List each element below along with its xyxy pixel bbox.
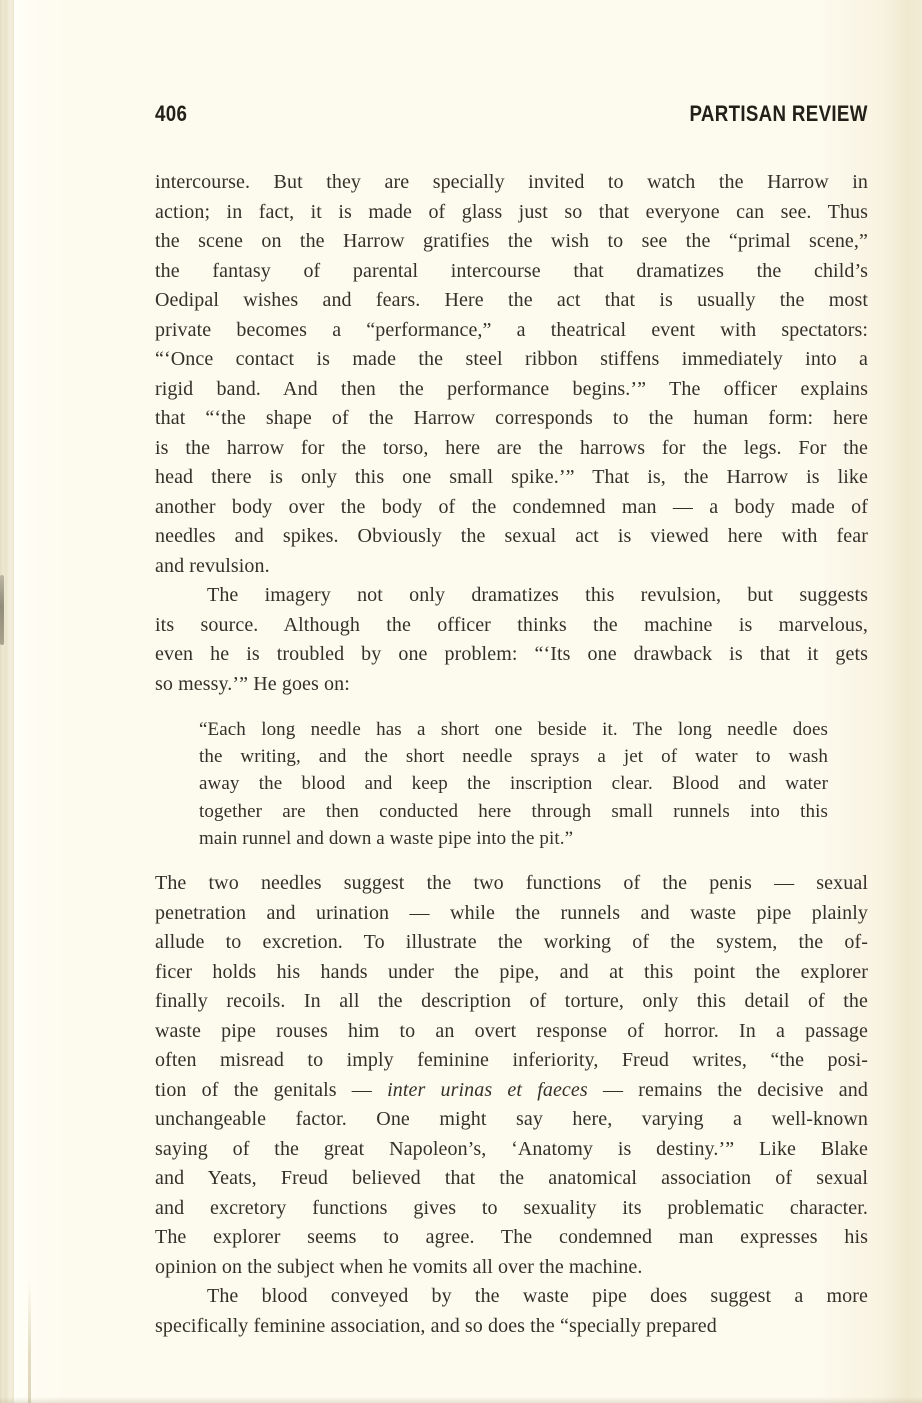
- text-line: main runnel and down a waste pipe into t…: [199, 825, 828, 852]
- text-line: saying of the great Napoleon’s, ‘Anatomy…: [155, 1135, 868, 1165]
- text-line: intercourse. But they are specially invi…: [155, 168, 868, 198]
- text-line: and excretory functions gives to sexuali…: [155, 1194, 868, 1224]
- text-line: The imagery not only dramatizes this rev…: [155, 581, 868, 611]
- text-line: The explorer seems to agree. The condemn…: [155, 1223, 868, 1253]
- text-line: away the blood and keep the inscription …: [199, 770, 828, 797]
- page-header: 406 PARTISAN REVIEW: [155, 103, 868, 125]
- page-content: 406 PARTISAN REVIEW intercourse. But the…: [0, 0, 922, 1341]
- text-line: finally recoils. In all the description …: [155, 987, 868, 1017]
- paragraph: intercourse. But they are specially invi…: [155, 168, 868, 581]
- text-line: “Each long needle has a short one beside…: [199, 716, 828, 743]
- text-line: is the harrow for the torso, here are th…: [155, 434, 868, 464]
- text-line: the writing, and the short needle sprays…: [199, 743, 828, 770]
- paragraph: The blood conveyed by the waste pipe doe…: [155, 1282, 868, 1341]
- text-line: needles and spikes. Obviously the sexual…: [155, 522, 868, 552]
- text-line: often misread to imply feminine inferior…: [155, 1046, 868, 1076]
- text-line: specifically feminine association, and s…: [155, 1312, 868, 1342]
- text-line: private becomes a “performance,” a theat…: [155, 316, 868, 346]
- block-quote: “Each long needle has a short one beside…: [155, 716, 868, 852]
- page-number: 406: [155, 103, 187, 125]
- text-line: waste pipe rouses him to an overt respon…: [155, 1017, 868, 1047]
- text-line: together are then conducted here through…: [199, 798, 828, 825]
- text-line: so messy.’” He goes on:: [155, 670, 868, 700]
- text-line: the fantasy of parental intercourse that…: [155, 257, 868, 287]
- text-line: allude to excretion. To illustrate the w…: [155, 928, 868, 958]
- text-line: another body over the body of the condem…: [155, 493, 868, 523]
- text-line: action; in fact, it is made of glass jus…: [155, 198, 868, 228]
- text-line: The two needles suggest the two function…: [155, 869, 868, 899]
- text-line: head there is only this one small spike.…: [155, 463, 868, 493]
- text-line: unchangeable factor. One might say here,…: [155, 1105, 868, 1135]
- text-line: tion of the genitals — inter urinas et f…: [155, 1076, 868, 1106]
- text-line: The blood conveyed by the waste pipe doe…: [155, 1282, 868, 1312]
- text-line: Oedipal wishes and fears. Here the act t…: [155, 286, 868, 316]
- text-line: rigid band. And then the performance beg…: [155, 375, 868, 405]
- text-line: and revulsion.: [155, 552, 868, 582]
- text-line: even he is troubled by one problem: “‘It…: [155, 640, 868, 670]
- text-line: penetration and urination — while the ru…: [155, 899, 868, 929]
- paragraph: The two needles suggest the two function…: [155, 869, 868, 1282]
- text-line: its source. Although the officer thinks …: [155, 611, 868, 641]
- text-line: that “‘the shape of the Harrow correspon…: [155, 404, 868, 434]
- text-line: ficer holds his hands under the pipe, an…: [155, 958, 868, 988]
- text-line: the scene on the Harrow gratifies the wi…: [155, 227, 868, 257]
- paragraph: The imagery not only dramatizes this rev…: [155, 581, 868, 699]
- text-line: opinion on the subject when he vomits al…: [155, 1253, 868, 1283]
- page-container: 406 PARTISAN REVIEW intercourse. But the…: [0, 0, 922, 1403]
- text-line: and Yeats, Freud believed that the anato…: [155, 1164, 868, 1194]
- text-line: “‘Once contact is made the steel ribbon …: [155, 345, 868, 375]
- text-body: intercourse. But they are specially invi…: [155, 168, 868, 1341]
- journal-title: PARTISAN REVIEW: [690, 103, 868, 125]
